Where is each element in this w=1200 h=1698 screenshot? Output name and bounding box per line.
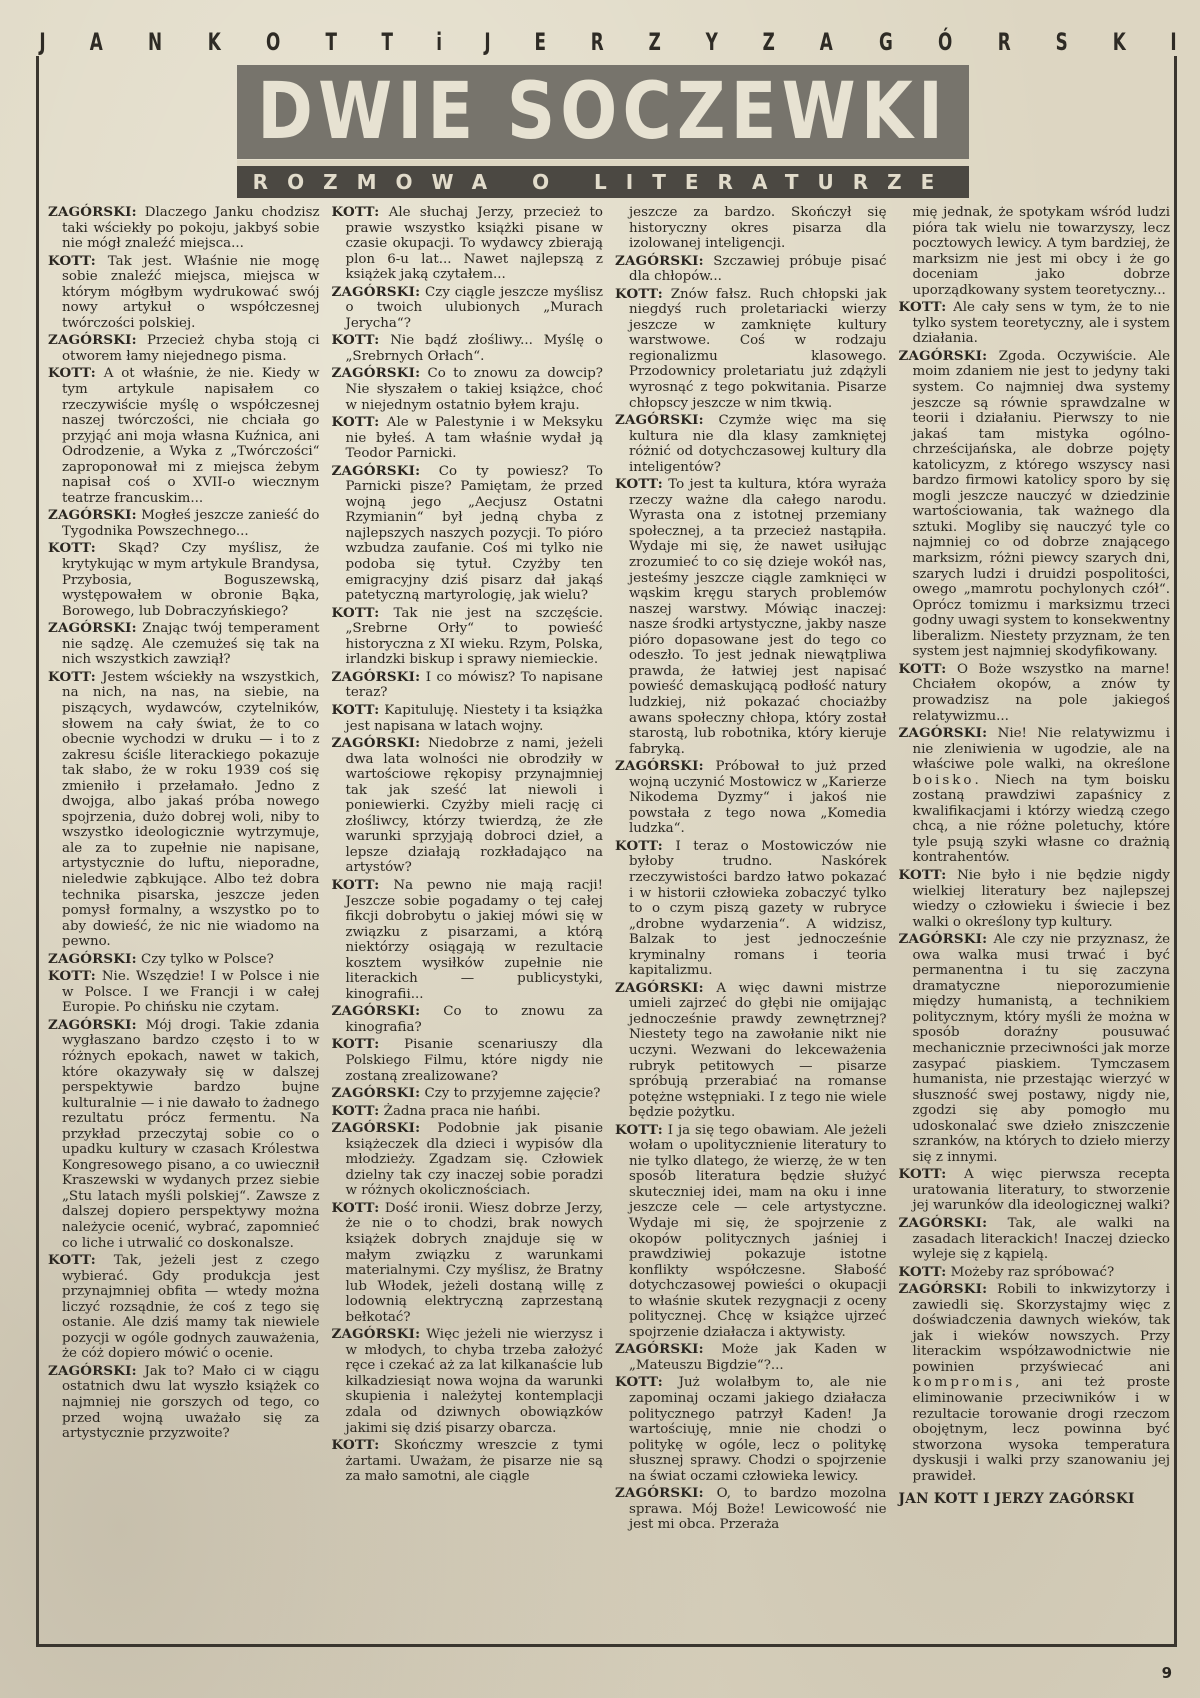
column-3: jeszcze za bardzo. Skończył się historyc… (615, 205, 887, 1645)
dialogue-entry: ZAGÓRSKI: Robili to inkwizytorzy i zawie… (899, 1282, 1171, 1484)
dialogue-text: A więc pierwsza recepta uratowania liter… (913, 1167, 1171, 1213)
speaker-label: KOTT: (615, 838, 663, 854)
dialogue-entry: ZAGÓRSKI: Czy tylko w Polsce? (48, 952, 320, 968)
dialogue-entry: KOTT: Już wolałbym to, ale nie zapominaj… (615, 1375, 887, 1484)
emphasized-word: boisko (913, 773, 975, 788)
byline-letter: N (148, 28, 162, 56)
dialogue-entry: KOTT: Znów fałsz. Ruch chłopski jak nieg… (615, 287, 887, 411)
dialogue-entry: ZAGÓRSKI: Próbował to już przed wojną uc… (615, 759, 887, 837)
dialogue-entry: KOTT: O Boże wszystko na marne! Chciałem… (899, 662, 1171, 724)
dialogue-text: A więc dawni mistrze umieli zajrzeć do g… (629, 981, 887, 1120)
dialogue-text: mię jednak, że spotykam wśród ludzi piór… (913, 205, 1171, 298)
dialogue-entry: KOTT: Jestem wściekły na wszystkich, na … (48, 670, 320, 950)
dialogue-text: Ale cały sens w tym, że to nie tylko sys… (913, 300, 1171, 346)
speaker-label: ZAGÓRSKI: (332, 365, 421, 381)
speaker-label: ZAGÓRSKI: (48, 332, 137, 348)
byline-letter: J (485, 28, 491, 56)
byline-letter: R (998, 28, 1011, 56)
dialogue-text: Ale słuchaj Jerzy, przecież to prawie ws… (346, 205, 604, 282)
speaker-label: KOTT: (615, 1374, 663, 1390)
dialogue-text: Tak jest. Właśnie nie mogę sobie znaleźć… (62, 254, 320, 331)
byline-letter: S (1056, 28, 1068, 56)
speaker-label: ZAGÓRSKI: (332, 1085, 421, 1101)
speaker-label: ZAGÓRSKI: (615, 253, 704, 269)
column-1: ZAGÓRSKI: Dlaczego Janku chodzisz taki w… (48, 205, 320, 1645)
dialogue-text: Skąd? Czy myślisz, że krytykując w mym a… (62, 541, 320, 618)
dialogue-entry: ZAGÓRSKI: Podobnie jak pisanie książecze… (332, 1121, 604, 1199)
dialogue-text: Nie było i nie będzie nigdy wielkiej lit… (913, 868, 1171, 930)
byline-letter: I (1170, 28, 1176, 56)
byline-letter: A (89, 28, 102, 56)
dialogue-entry: KOTT: Żadna praca nie hańbi. (332, 1104, 604, 1120)
byline-letter: G (879, 28, 893, 56)
dialogue-entry: KOTT: Nie. Wszędzie! I w Polsce i nie w … (48, 969, 320, 1016)
byline-letter: J (39, 28, 45, 56)
dialogue-entry: ZAGÓRSKI: Co to znowu za dowcip? Nie sły… (332, 366, 604, 413)
dialogue-text: Więc jeżeli nie wierzysz i w młodych, to… (346, 1327, 604, 1435)
speaker-label: ZAGÓRSKI: (332, 735, 421, 751)
speaker-label: ZAGÓRSKI: (332, 669, 421, 685)
byline-letter: O (266, 28, 280, 56)
speaker-label: ZAGÓRSKI: (899, 931, 988, 947)
authors-byline: JANKOTTiJERZYZAGÓRSKI (38, 28, 1178, 56)
dialogue-entry: KOTT: Tak nie jest na szczęście. „Srebrn… (332, 606, 604, 668)
dialogue-entry: KOTT: Pisanie scenariuszy dla Polskiego … (332, 1037, 604, 1084)
dialogue-entry: ZAGÓRSKI: Czy to przyjemne zajęcie? (332, 1086, 604, 1102)
speaker-label: ZAGÓRSKI: (48, 204, 137, 220)
dialogue-entry: KOTT: Tak, jeżeli jest z czego wybierać.… (48, 1253, 320, 1362)
dialogue-text: Skończmy wreszcie z tymi żartami. Uważam… (346, 1438, 604, 1484)
speaker-label: KOTT: (48, 365, 96, 381)
dialogue-entry: ZAGÓRSKI: Znając twój temperament nie są… (48, 621, 320, 668)
dialogue-text: Ale w Palestynie i w Meksyku nie byłeś. … (346, 415, 604, 461)
article-subtitle: ROZMOWA O LITERATURZE (253, 170, 954, 194)
dialogue-entry: ZAGÓRSKI: Czymże więc ma się kultura nie… (615, 413, 887, 475)
dialogue-entry: KOTT: I ja się tego obawiam. Ale jeżeli … (615, 1123, 887, 1341)
dialogue-text: Pisanie scenariuszy dla Polskiego Filmu,… (346, 1037, 604, 1083)
dialogue-text: Czy to przyjemne zajęcie? (424, 1086, 600, 1101)
dialogue-text: , ani też proste eliminowanie przeciwnik… (913, 1375, 1171, 1483)
speaker-label: KOTT: (899, 1264, 947, 1280)
dialogue-entry: ZAGÓRSKI: Zgoda. Oczywiście. Ale moim zd… (899, 349, 1171, 660)
dialogue-text: Znów fałsz. Ruch chłopski jak niegdyś ru… (629, 287, 887, 411)
dialogue-text: Zgoda. Oczywiście. Ale moim zdaniem nie … (913, 349, 1171, 659)
dialogue-text: Już wolałbym to, ale nie zapominaj oczam… (629, 1375, 887, 1483)
dialogue-text: Tak, jeżeli jest z czego wybierać. Gdy p… (62, 1253, 320, 1361)
speaker-label: KOTT: (899, 867, 947, 883)
byline-letter: K (208, 28, 221, 56)
speaker-label: KOTT: (615, 286, 663, 302)
dialogue-text: O Boże wszystko na marne! Chciałem okopó… (913, 662, 1171, 724)
speaker-label: ZAGÓRSKI: (332, 1003, 421, 1019)
byline-letter: i (437, 28, 443, 56)
dialogue-entry: KOTT: Tak jest. Właśnie nie mogę sobie z… (48, 254, 320, 332)
speaker-label: ZAGÓRSKI: (615, 980, 704, 996)
speaker-label: ZAGÓRSKI: (899, 1281, 988, 1297)
byline-letter: Z (763, 28, 775, 56)
speaker-label: ZAGÓRSKI: (332, 284, 421, 300)
speaker-label: ZAGÓRSKI: (332, 463, 421, 479)
dialogue-entry: ZAGÓRSKI: Przecież chyba stoją ci otwore… (48, 333, 320, 364)
dialogue-entry: ZAGÓRSKI: Może jak Kaden w „Mateuszu Big… (615, 1342, 887, 1373)
dialogue-entry: jeszcze za bardzo. Skończył się historyc… (615, 205, 887, 252)
dialogue-text: Tak nie jest na szczęście. „Srebrne Orły… (346, 606, 604, 668)
dialogue-entry: ZAGÓRSKI: Jak to? Mało ci w ciągu ostatn… (48, 1364, 320, 1442)
dialogue-entry: ZAGÓRSKI: Ale czy nie przyznasz, że owa … (899, 932, 1171, 1165)
speaker-label: ZAGÓRSKI: (615, 412, 704, 428)
speaker-label: KOTT: (899, 661, 947, 677)
dialogue-text: I ja się tego obawiam. Ale jeżeli wołam … (629, 1123, 887, 1340)
dialogue-text: Nie bądź złośliwy... Myślę o „Srebrnych … (346, 333, 604, 364)
speaker-label: KOTT: (332, 605, 380, 621)
speaker-label: KOTT: (332, 1103, 380, 1119)
speaker-label: KOTT: (332, 702, 380, 718)
dialogue-entry: KOTT: A więc pierwsza recepta uratowania… (899, 1167, 1171, 1214)
dialogue-entry: ZAGÓRSKI: Co ty powiesz? To Parnicki pis… (332, 464, 604, 604)
dialogue-entry: KOTT: Możeby raz spróbować? (899, 1265, 1171, 1281)
dialogue-entry: KOTT: Kapituluję. Niestety i ta książka … (332, 703, 604, 734)
article-title: DWIE SOCZEWKI (258, 67, 949, 157)
dialogue-text: Kapituluję. Niestety i ta książka jest n… (346, 703, 604, 734)
dialogue-text: To jest ta kultura, która wyraża rzeczy … (629, 477, 887, 756)
dialogue-entry: ZAGÓRSKI: Co to znowu za kinografia? (332, 1004, 604, 1035)
speaker-label: ZAGÓRSKI: (615, 758, 704, 774)
speaker-label: KOTT: (332, 414, 380, 430)
dialogue-text: Możeby raz spróbować? (951, 1265, 1115, 1280)
speaker-label: KOTT: (899, 299, 947, 315)
dialogue-text: Co ty powiesz? To Parnicki pisze? Pamięt… (346, 464, 604, 603)
dialogue-text: jeszcze za bardzo. Skończył się historyc… (629, 205, 887, 251)
speaker-label: ZAGÓRSKI: (332, 1120, 421, 1136)
speaker-label: KOTT: (332, 1200, 380, 1216)
speaker-label: ZAGÓRSKI: (332, 1326, 421, 1342)
dialogue-entry: KOTT: Ale słuchaj Jerzy, przecież to pra… (332, 205, 604, 283)
speaker-label: KOTT: (899, 1166, 947, 1182)
dialogue-text: Jestem wściekły na wszystkich, na nich, … (62, 670, 320, 949)
speaker-label: ZAGÓRSKI: (615, 1485, 704, 1501)
speaker-label: ZAGÓRSKI: (615, 1341, 704, 1357)
article-signature: JAN KOTT I JERZY ZAGÓRSKI (899, 1492, 1171, 1508)
dialogue-entry: ZAGÓRSKI: Niedobrze z nami, jeżeli dwa l… (332, 736, 604, 876)
dialogue-entry: KOTT: Na pewno nie mają racji! Jeszcze s… (332, 878, 604, 1002)
speaker-label: ZAGÓRSKI: (48, 507, 137, 523)
speaker-label: ZAGÓRSKI: (48, 1363, 137, 1379)
byline-letter: T (326, 28, 337, 56)
speaker-label: ZAGÓRSKI: (899, 725, 988, 741)
dialogue-entry: KOTT: Ale cały sens w tym, że to nie tyl… (899, 300, 1171, 347)
dialogue-entry: mię jednak, że spotykam wśród ludzi piór… (899, 205, 1171, 298)
dialogue-text: Mój drogi. Takie zdania wygłaszano bardz… (62, 1018, 320, 1251)
speaker-label: ZAGÓRSKI: (48, 620, 137, 636)
speaker-label: KOTT: (48, 540, 96, 556)
byline-letter: T (382, 28, 393, 56)
speaker-label: KOTT: (615, 476, 663, 492)
speaker-label: KOTT: (332, 204, 380, 220)
dialogue-entry: KOTT: Nie było i nie będzie nigdy wielki… (899, 868, 1171, 930)
byline-letter: Y (706, 28, 718, 56)
dialogue-entry: ZAGÓRSKI: Szczawiej próbuje pisać dla ch… (615, 254, 887, 285)
speaker-label: KOTT: (48, 968, 96, 984)
speaker-label: KOTT: (48, 1252, 96, 1268)
speaker-label: KOTT: (615, 1122, 663, 1138)
speaker-label: KOTT: (48, 669, 96, 685)
dialogue-entry: KOTT: Ale w Palestynie i w Meksyku nie b… (332, 415, 604, 462)
dialogue-entry: KOTT: Skończmy wreszcie z tymi żartami. … (332, 1438, 604, 1485)
dialogue-text: Żadna praca nie hańbi. (384, 1104, 541, 1119)
emphasized-word: kompromis (913, 1375, 1016, 1390)
dialogue-text: Ale czy nie przyznasz, że owa walka musi… (913, 932, 1171, 1165)
dialogue-text: Na pewno nie mają racji! Jeszcze sobie p… (346, 878, 604, 1002)
dialogue-entry: KOTT: Skąd? Czy myślisz, że krytykując w… (48, 541, 320, 619)
byline-letter: R (591, 28, 604, 56)
speaker-label: KOTT: (332, 1036, 380, 1052)
dialogue-text: Czy tylko w Polsce? (141, 952, 274, 967)
speaker-label: KOTT: (332, 1437, 380, 1453)
dialogue-entry: KOTT: To jest ta kultura, która wyraża r… (615, 477, 887, 757)
byline-letter: K (1113, 28, 1126, 56)
speaker-label: ZAGÓRSKI: (48, 951, 137, 967)
dialogue-text: A ot właśnie, że nie. Kiedy w tym artyku… (62, 366, 320, 505)
dialogue-text: Nie. Wszędzie! I w Polsce i nie w Polsce… (62, 969, 320, 1015)
dialogue-entry: ZAGÓRSKI: Więc jeżeli nie wierzysz i w m… (332, 1327, 604, 1436)
byline-letter: Ó (938, 28, 952, 56)
dialogue-entry: ZAGÓRSKI: Tak, ale walki na zasadach lit… (899, 1216, 1171, 1263)
speaker-label: KOTT: (332, 877, 380, 893)
dialogue-text: Niedobrze z nami, jeżeli dwa lata wolnoś… (346, 736, 604, 875)
article-body: ZAGÓRSKI: Dlaczego Janku chodzisz taki w… (48, 205, 1170, 1645)
dialogue-entry: ZAGÓRSKI: Mój drogi. Takie zdania wygłas… (48, 1018, 320, 1251)
subtitle-banner: ROZMOWA O LITERATURZE (237, 160, 969, 198)
byline-letter: E (534, 28, 545, 56)
dialogue-entry: ZAGÓRSKI: Mogłeś jeszcze zanieść do Tygo… (48, 508, 320, 539)
speaker-label: KOTT: (332, 332, 380, 348)
dialogue-entry: ZAGÓRSKI: Nie! Nie relatywizmu i nie zle… (899, 726, 1171, 866)
dialogue-entry: ZAGÓRSKI: O, to bardzo mozolna sprawa. M… (615, 1486, 887, 1533)
dialogue-entry: KOTT: I teraz o Mostowiczów nie byłoby t… (615, 839, 887, 979)
dialogue-entry: ZAGÓRSKI: Czy ciągle jeszcze myślisz o t… (332, 285, 604, 332)
speaker-label: ZAGÓRSKI: (48, 1017, 137, 1033)
dialogue-entry: ZAGÓRSKI: Dlaczego Janku chodzisz taki w… (48, 205, 320, 252)
page-number: 9 (1162, 1664, 1172, 1682)
dialogue-entry: KOTT: Nie bądź złośliwy... Myślę o „Sreb… (332, 333, 604, 364)
speaker-label: ZAGÓRSKI: (899, 1215, 988, 1231)
title-banner: DWIE SOCZEWKI (237, 65, 969, 159)
speaker-label: KOTT: (48, 253, 96, 269)
byline-letter: A (820, 28, 833, 56)
dialogue-entry: ZAGÓRSKI: A więc dawni mistrze umieli za… (615, 981, 887, 1121)
column-4: mię jednak, że spotykam wśród ludzi piór… (899, 205, 1171, 1645)
dialogue-text: I teraz o Mostowiczów nie byłoby trudno.… (629, 839, 887, 978)
dialogue-entry: KOTT: Dość ironii. Wiesz dobrze Jerzy, ż… (332, 1201, 604, 1325)
dialogue-entry: ZAGÓRSKI: I co mówisz? To napisane teraz… (332, 670, 604, 701)
byline-letter: Z (649, 28, 661, 56)
dialogue-text: Dość ironii. Wiesz dobrze Jerzy, że nie … (346, 1201, 604, 1325)
dialogue-entry: KOTT: A ot właśnie, że nie. Kiedy w tym … (48, 366, 320, 506)
speaker-label: ZAGÓRSKI: (899, 348, 988, 364)
column-2: KOTT: Ale słuchaj Jerzy, przecież to pra… (332, 205, 604, 1645)
